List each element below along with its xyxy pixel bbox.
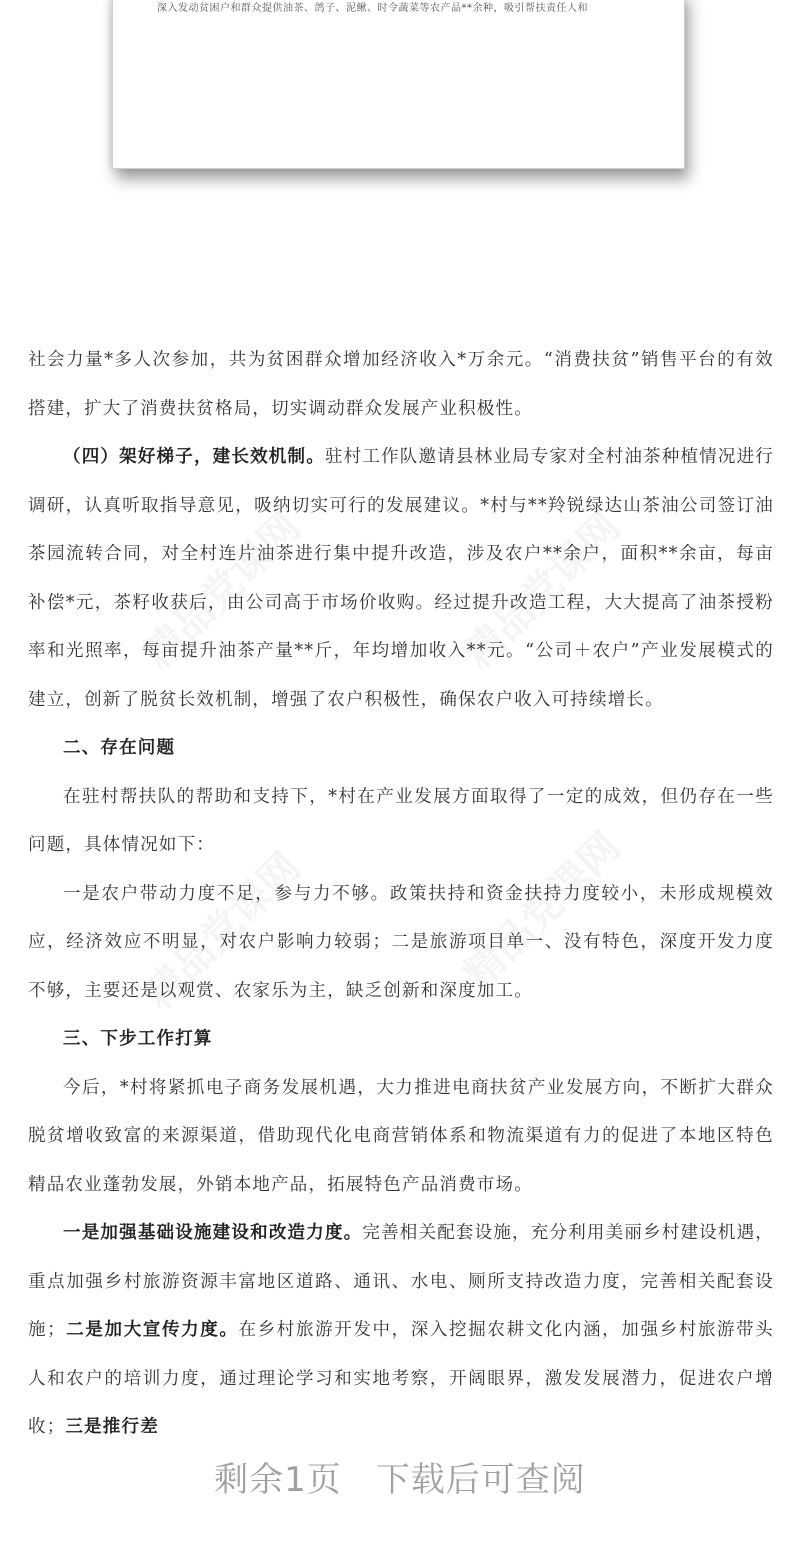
download-to-read-banner[interactable]: 剩余1页下载后可查阅 <box>0 1452 800 1501</box>
paragraph: 社会力量*多人次参加，共为贫困群众增加经济收入*万余元。“消费扶贫”销售平台的有… <box>28 336 774 433</box>
paragraph: 一是农户带动力度不足，参与力不够。政策扶持和资金扶持力度较小，未形成规模效应，经… <box>28 870 774 1016</box>
section-heading: 二、存在问题 <box>28 724 774 773</box>
remaining-pages-label: 剩余1页 <box>214 1460 342 1500</box>
paragraph-text: 一是农户带动力度不足，参与力不够。政策扶持和资金扶持力度较小，未形成规模效应，经… <box>28 884 774 1001</box>
paragraph-text: 今后，*村将紧抓电子商务发展机遇，大力推进电商扶贫产业发展方向，不断扩大群众脱贫… <box>28 1078 774 1195</box>
download-to-view-label: 下载后可查阅 <box>376 1460 586 1500</box>
paragraph-text: 驻村工作队邀请县林业局专家对全村油茶种植情况进行调研，认真听取指导意见，吸纳切实… <box>28 447 774 710</box>
paragraph-text: 在驻村帮扶队的帮助和支持下，*村在产业发展方面取得了一定的成效，但仍存在一些问题… <box>28 787 774 856</box>
bold-lead-text: 一是加强基础设施建设和改造力度。 <box>63 1223 362 1243</box>
bold-lead-text: 二是加大宣传力度。 <box>66 1320 239 1340</box>
paragraph: （四）架好梯子，建长效机制。驻村工作队邀请县林业局专家对全村油茶种植情况进行调研… <box>28 433 774 724</box>
previous-page-preview: 深入发动贫困户和群众提供油茶、鸽子、泥鳅、时令蔬菜等农产品**余种，吸引帮扶责任… <box>112 0 685 169</box>
document-body: 社会力量*多人次参加，共为贫困群众增加经济收入*万余元。“消费扶贫”销售平台的有… <box>28 336 774 1452</box>
preview-snippet-text: 深入发动贫困户和群众提供油茶、鸽子、泥鳅、时令蔬菜等农产品**余种，吸引帮扶责任… <box>157 0 657 14</box>
bold-lead-text: 三是推行差 <box>65 1417 159 1437</box>
paragraph-text: 社会力量*多人次参加，共为贫困群众增加经济收入*万余元。“消费扶贫”销售平台的有… <box>28 350 774 419</box>
paragraph: 在驻村帮扶队的帮助和支持下，*村在产业发展方面取得了一定的成效，但仍存在一些问题… <box>28 773 774 870</box>
bold-lead-text: （四）架好梯子，建长效机制。 <box>63 447 325 467</box>
section-heading: 三、下步工作打算 <box>28 1015 774 1064</box>
paragraph: 一是加强基础设施建设和改造力度。完善相关配套设施，充分利用美丽乡村建设机遇，重点… <box>28 1209 774 1452</box>
paragraph: 今后，*村将紧抓电子商务发展机遇，大力推进电商扶贫产业发展方向，不断扩大群众脱贫… <box>28 1064 774 1210</box>
